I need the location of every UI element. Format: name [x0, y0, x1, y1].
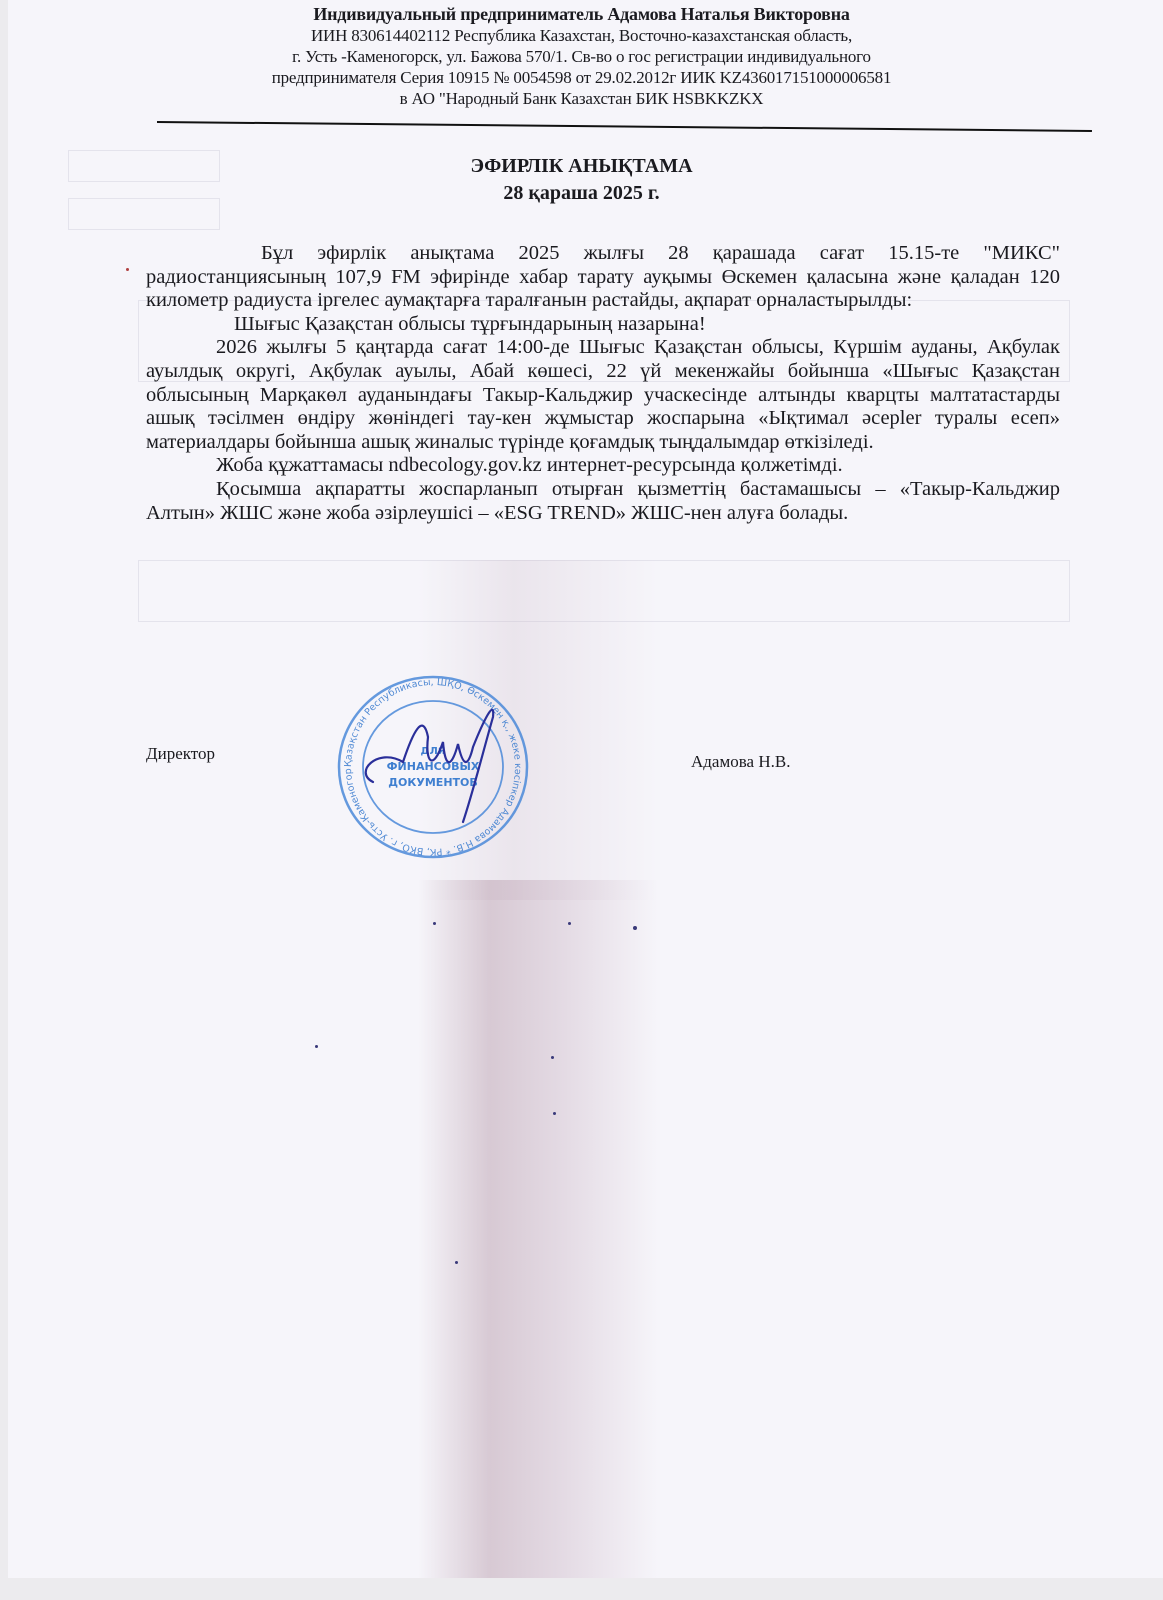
- letterhead: Индивидуальный предприниматель Адамова Н…: [0, 4, 1163, 109]
- paragraph-documentation-link: Жоба құжаттамасы ndbecology.gov.kz интер…: [146, 454, 1060, 478]
- speckle: [455, 1261, 458, 1264]
- document-title: ЭФИРЛІК АНЫҚТАМА: [0, 153, 1163, 180]
- signatory-role: Директор: [146, 744, 215, 764]
- paragraph-hearing-details: 2026 жылғы 5 қаңтарда сағат 14:00-де Шығ…: [146, 336, 1060, 454]
- paragraph-contacts: Қосымша ақпаратты жоспарланып отырған қы…: [146, 478, 1060, 525]
- speckle: [315, 1045, 318, 1048]
- speckle: [568, 922, 571, 925]
- speckle: [551, 1056, 554, 1059]
- letterhead-line: г. Усть -Каменогорск, ул. Бажова 570/1. …: [0, 46, 1163, 67]
- document-page: [8, 0, 1163, 1578]
- speckle: [126, 268, 129, 271]
- signatory-name: Адамова Н.В.: [691, 752, 790, 772]
- paragraph-notice-heading: Шығыс Қазақстан облысы тұрғындарының наз…: [146, 313, 1060, 337]
- document-title-block: ЭФИРЛІК АНЫҚТАМА 28 қараша 2025 г.: [0, 153, 1163, 207]
- letterhead-org-name: Индивидуальный предприниматель Адамова Н…: [0, 4, 1163, 25]
- speckle: [433, 922, 436, 925]
- signature-block: Директор Адамова Н.В.: [146, 744, 1046, 774]
- scan-shadow: [418, 880, 658, 1578]
- document-body: Бұл эфирлік анықтама 2025 жылғы 28 қараш…: [146, 242, 1060, 525]
- letterhead-line: предпринимателя Серия 10915 № 0054598 от…: [0, 67, 1163, 88]
- paragraph-certificate: Бұл эфирлік анықтама 2025 жылғы 28 қараш…: [146, 242, 1060, 313]
- speckle: [553, 1112, 556, 1115]
- letterhead-line: ИИН 830614402112 Республика Казахстан, В…: [0, 25, 1163, 46]
- official-stamp-icon: Қазақстан Республикасы, ШҚО, Өскемен қ.,…: [333, 672, 533, 862]
- svg-text:ДОКУМЕНТОВ: ДОКУМЕНТОВ: [388, 776, 478, 789]
- speckle: [633, 926, 637, 930]
- document-date: 28 қараша 2025 г.: [0, 180, 1163, 207]
- letterhead-line: в АО "Народный Банк Казахстан БИК HSBKKZ…: [0, 88, 1163, 109]
